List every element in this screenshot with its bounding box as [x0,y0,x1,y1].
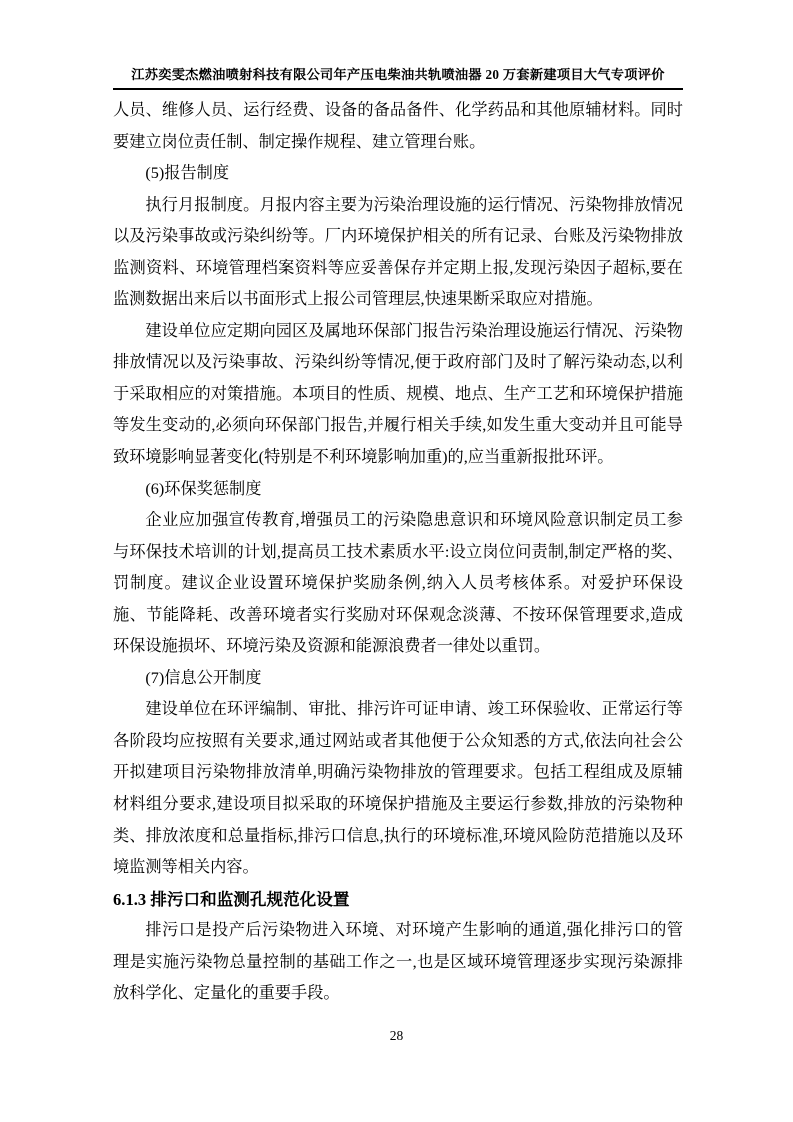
paragraph-reward-punishment: 企业应加强宣传教育,增强员工的污染隐患意识和环境风险意识制定员工参与环保技术培训… [113,505,683,663]
subheading-item-7: (7)信息公开制度 [113,663,683,695]
page-footer: 28 [0,1027,793,1045]
paragraph-report-system-1: 执行月报制度。月报内容主要为污染治理设施的运行情况、污染物排放情况以及污染事故或… [113,190,683,316]
paragraph-information-disclosure: 建设单位在环评编制、审批、排污许可证申请、竣工环保验收、正常运行等各阶段均应按照… [113,694,683,883]
document-page: 江苏奕雯杰燃油喷射科技有限公司年产压电柴油共轨喷油器 20 万套新建项目大气专项… [0,0,793,1122]
header-title: 江苏奕雯杰燃油喷射科技有限公司年产压电柴油共轨喷油器 20 万套新建项目大气专项… [113,64,683,83]
document-body: 人员、维修人员、运行经费、设备的备品备件、化学药品和其他原辅材料。同时要建立岗位… [113,95,683,1010]
subheading-item-5: (5)报告制度 [113,158,683,190]
paragraph-report-system-2: 建设单位应定期向园区及属地环保部门报告污染治理设施运行情况、污染物排放情况以及污… [113,316,683,474]
paragraph-outlet-intro: 排污口是投产后污染物进入环境、对环境产生影响的通道,强化排污口的管理是实施污染物… [113,915,683,1010]
section-heading-6-1-3: 6.1.3 排污口和监测孔规范化设置 [113,884,683,916]
page-header: 江苏奕雯杰燃油喷射科技有限公司年产压电柴油共轨喷油器 20 万套新建项目大气专项… [113,64,683,90]
subheading-item-6: (6)环保奖惩制度 [113,474,683,506]
page-number: 28 [390,1028,404,1043]
paragraph-continuation: 人员、维修人员、运行经费、设备的备品备件、化学药品和其他原辅材料。同时要建立岗位… [113,95,683,158]
